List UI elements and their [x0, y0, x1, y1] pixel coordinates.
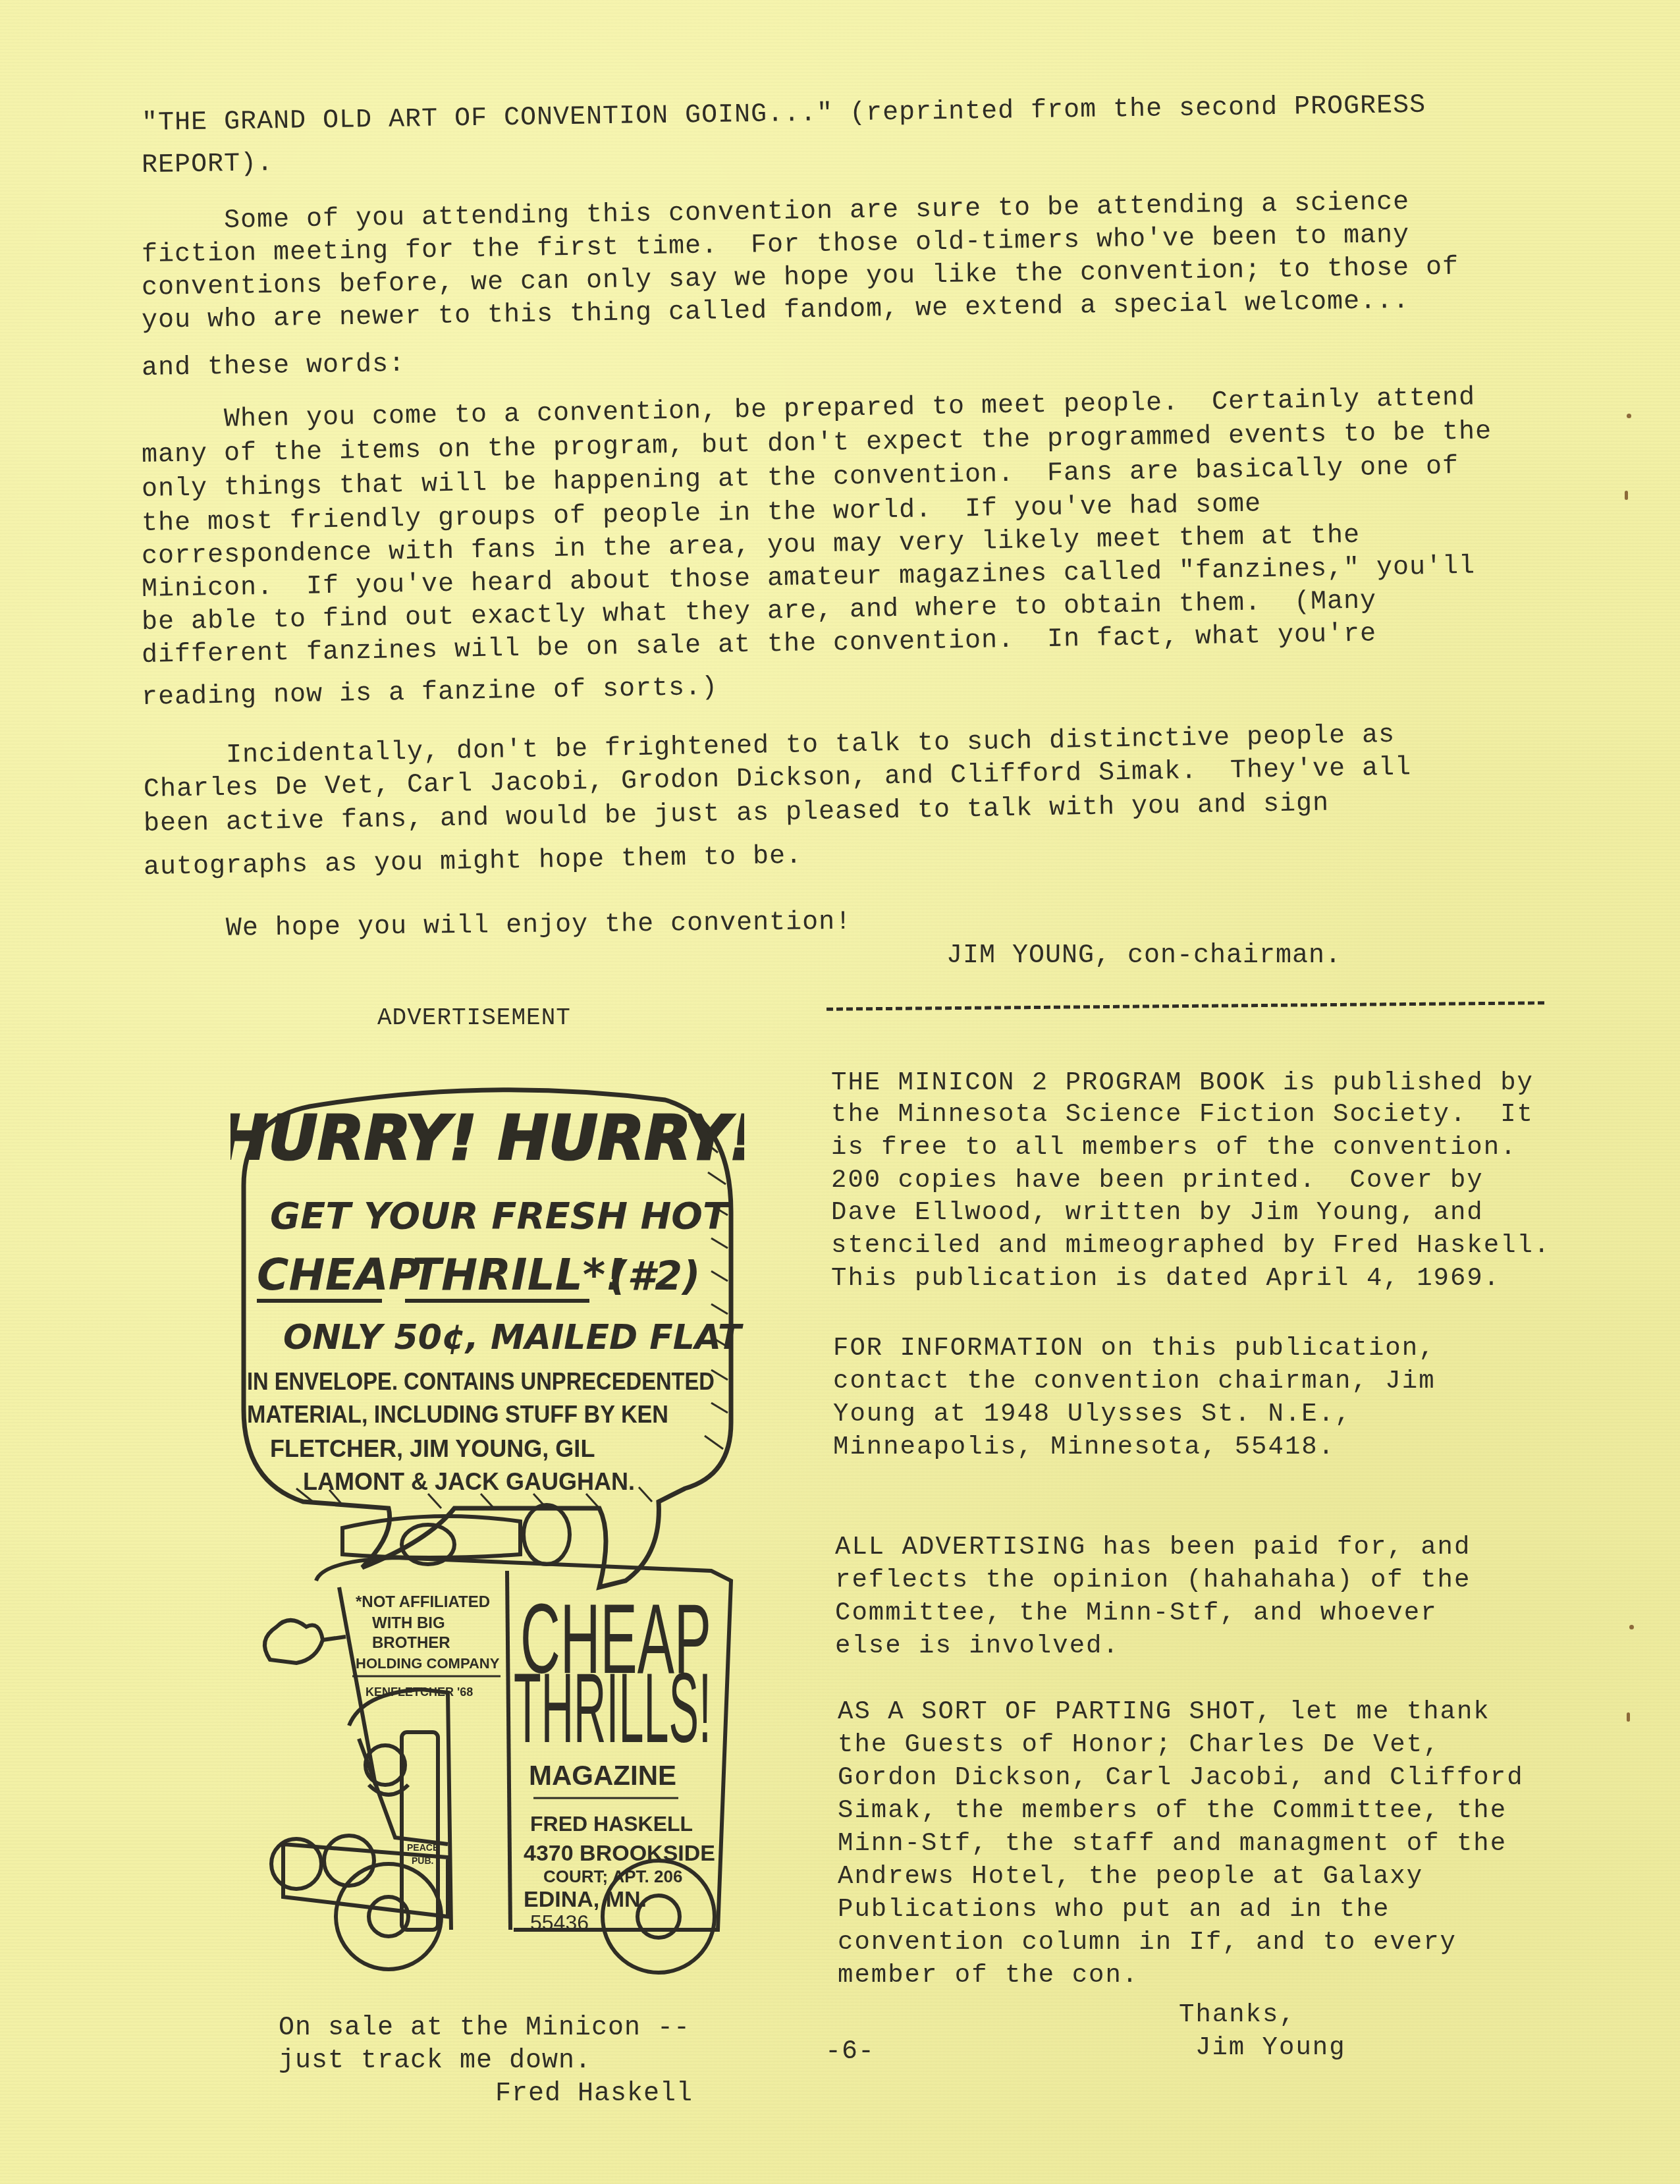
- ad-headline: HURRY! HURRY!: [230, 1103, 744, 1174]
- paper-speck: [1627, 1712, 1630, 1722]
- door-label: PUB.: [412, 1855, 433, 1866]
- text-line: FOR INFORMATION on this publication,: [833, 1336, 1436, 1361]
- text-line: stenciled and mimeographed by Fred Haske…: [831, 1233, 1550, 1259]
- text-line: else is involved.: [835, 1633, 1120, 1659]
- text-line: This publication is dated April 4, 1969.: [831, 1266, 1500, 1292]
- ad-line-2a: CHEAP: [257, 1249, 420, 1300]
- address-line: 4370 BROOKSIDE: [524, 1841, 715, 1866]
- text-line: reflects the opinion (hahahaha) of the: [835, 1568, 1471, 1593]
- text-line: contact the convention chairman, Jim: [833, 1369, 1436, 1394]
- address-line: FRED HASKELL: [530, 1812, 693, 1836]
- text-line: member of the con.: [838, 1963, 1139, 1988]
- text-line: Gordon Dickson, Carl Jacobi, and Cliffor…: [838, 1765, 1524, 1791]
- text-line: convention column in If, and to every: [838, 1930, 1457, 1955]
- ad-line-2b: THRILL*!: [412, 1249, 625, 1300]
- text-line: AS A SORT OF PARTING SHOT, let me thank: [838, 1699, 1490, 1725]
- ad-line-1: GET YOUR FRESH HOT: [270, 1195, 730, 1238]
- sign-title-line: THRILLS!: [514, 1652, 711, 1763]
- text-line: and these words:: [142, 352, 406, 382]
- sign-subtitle: MAGAZINE: [529, 1760, 676, 1791]
- closing-signature: Jim Young: [1195, 2035, 1346, 2061]
- artist-credit: KENFLETCHER '68: [366, 1685, 473, 1699]
- text-line: the Minnesota Science Fiction Society. I…: [831, 1102, 1534, 1128]
- advertisement-illustration: HURRY! HURRY! GET YOUR FRESH HOT CHEAP T…: [230, 1080, 744, 1989]
- paper-speck: [1627, 414, 1631, 418]
- intro-title-line: "THE GRAND OLD ART OF CONVENTION GOING..…: [142, 93, 1426, 137]
- text-line: Simak, the members of the Committee, the: [838, 1798, 1507, 1824]
- disclaimer-line: HOLDING COMPANY: [356, 1655, 500, 1672]
- text-line: Young at 1948 Ulysses St. N.E.,: [833, 1402, 1352, 1427]
- text-line: Andrews Hotel, the people at Galaxy: [838, 1864, 1423, 1890]
- text-line: is free to all members of the convention…: [831, 1135, 1517, 1160]
- disclaimer-line: BROTHER: [372, 1634, 450, 1652]
- ad-line-3: ONLY 50¢, MAILED FLAT: [283, 1318, 744, 1357]
- page-number: -6-: [825, 2039, 875, 2065]
- paper-speck: [1625, 491, 1628, 500]
- disclaimer-line: WITH BIG: [372, 1614, 445, 1632]
- ad-line-2c: (#2): [609, 1253, 700, 1299]
- caption-line: just track me down.: [279, 2048, 591, 2075]
- horn-icon: [342, 1505, 570, 1564]
- text-line: 200 copies have been printed. Cover by: [831, 1168, 1484, 1193]
- caption-signature: Fred Haskell: [495, 2081, 693, 2108]
- closing-thanks: Thanks,: [1179, 2002, 1296, 2028]
- column-divider: [826, 1001, 1544, 1011]
- address-line: EDINA, MN.: [524, 1887, 647, 1912]
- signature-con-chairman: JIM YOUNG, con-chairman.: [946, 943, 1341, 969]
- text-line: ALL ADVERTISING has been paid for, and: [835, 1535, 1471, 1560]
- ad-line-5: MATERIAL, INCLUDING STUFF BY KEN: [247, 1401, 668, 1428]
- advertisement-heading: ADVERTISEMENT: [377, 1006, 571, 1030]
- disclaimer-sign: *NOT AFFILIATED WITH BIG BROTHER HOLDING…: [352, 1593, 501, 1699]
- text-line: Dave Ellwood, written by Jim Young, and: [831, 1200, 1484, 1226]
- text-line: Publications who put an ad in the: [838, 1897, 1390, 1923]
- ad-line-6: FLETCHER, JIM YOUNG, GIL: [270, 1435, 595, 1462]
- text-line: THE MINICON 2 PROGRAM BOOK is published …: [831, 1070, 1534, 1096]
- ad-line-4: IN ENVELOPE. CONTAINS UNPRECEDENTED: [247, 1368, 715, 1395]
- intro-title-line: REPORT).: [142, 151, 274, 179]
- caption-line: On sale at the Minicon --: [279, 2015, 690, 2042]
- door-label: PEACE: [407, 1842, 439, 1853]
- closing-wish: We hope you will enjoy the convention!: [144, 910, 852, 943]
- text-line: Minn-Stf, the staff and managment of the: [838, 1831, 1507, 1857]
- ad-line-7: LAMONT & JACK GAUGHAN.: [303, 1468, 635, 1495]
- text-line: Committee, the Minn-Stf, and whoever: [835, 1600, 1438, 1626]
- cheap-thrills-sign: CHEAP THRILLS! MAGAZINE FRED HASKELL 437…: [514, 1583, 715, 1934]
- text-line: the Guests of Honor; Charles De Vet,: [838, 1732, 1440, 1758]
- text-line: reading now is a fanzine of sorts.): [142, 675, 718, 711]
- text-line: autographs as you might hope them to be.: [144, 844, 803, 881]
- address-line: COURT; APT. 206: [543, 1867, 682, 1886]
- text-line: Minneapolis, Minnesota, 55418.: [833, 1434, 1335, 1460]
- address-line: 55436: [530, 1911, 589, 1934]
- paper-speck: [1629, 1625, 1634, 1629]
- disclaimer-line: *NOT AFFILIATED: [356, 1593, 490, 1611]
- cheap-thrills-cartoon: HURRY! HURRY! GET YOUR FRESH HOT CHEAP T…: [230, 1080, 744, 1989]
